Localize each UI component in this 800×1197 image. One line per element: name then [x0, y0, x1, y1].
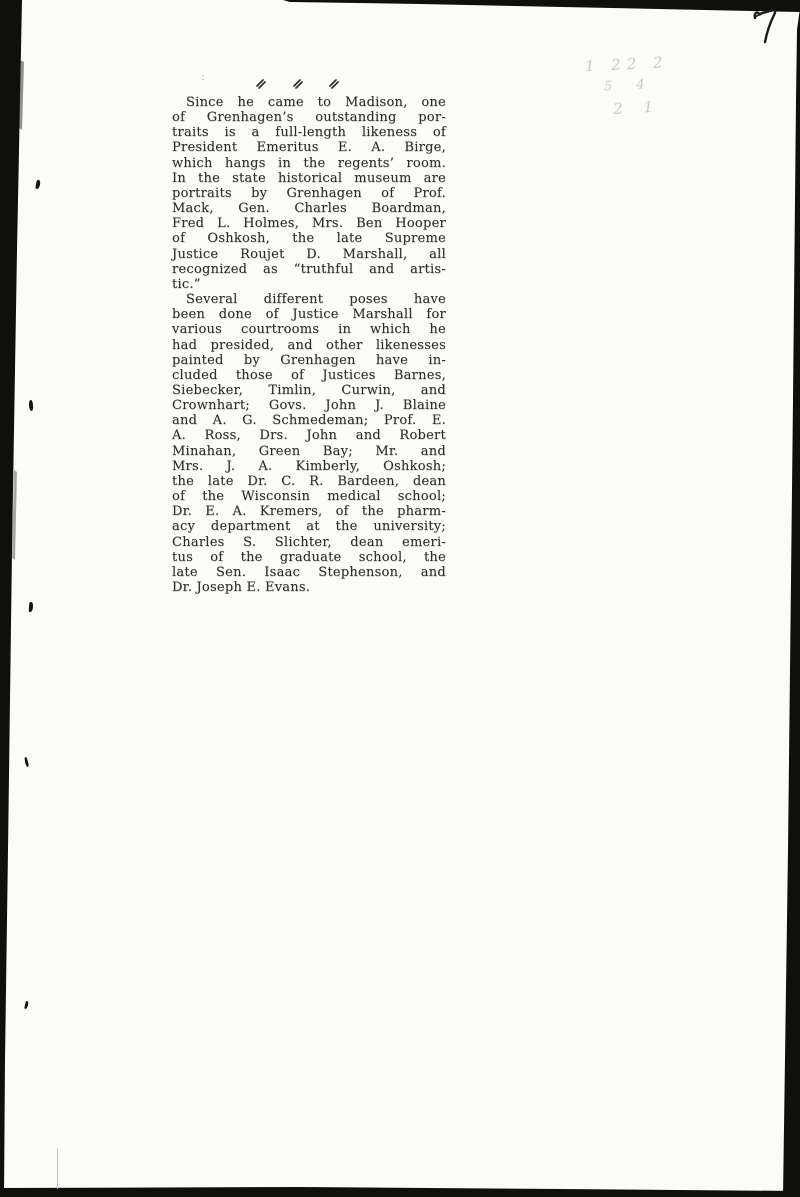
- article-line: tus of the graduate school, the: [172, 550, 446, 565]
- margin-ink-mark: [29, 602, 34, 612]
- article-line: the late Dr. C. R. Bardeen, dean: [172, 474, 446, 489]
- oblique-stroke-icon: [329, 79, 340, 90]
- article-line: recognized as “truthful and artis-: [172, 262, 446, 277]
- article-line: had presided, and other likenesses: [172, 338, 446, 353]
- margin-ink-mark: [24, 757, 30, 767]
- faint-ink-artifact: :: [201, 70, 205, 83]
- article-line: Several different poses have: [172, 292, 446, 307]
- handwritten-page-number: [748, 2, 782, 46]
- article-line: Dr. E. A. Kremers, of the pharm-: [172, 504, 446, 519]
- article-line: painted by Grenhagen have in-: [172, 353, 446, 368]
- margin-ink-mark: [35, 180, 41, 190]
- article-line: of the Wisconsin medical school;: [172, 489, 446, 504]
- oblique-stroke-icon: [293, 79, 304, 90]
- article-line: Since he came to Madison, one: [172, 95, 446, 110]
- oblique-stroke-icon: [256, 79, 267, 90]
- scanned-document-page: 1 22 2 5 4 2 1 : Since he came to Madiso…: [0, 0, 800, 1197]
- article-line: Mrs. J. A. Kimberly, Oshkosh;: [172, 459, 446, 474]
- article-line: Siebecker, Timlin, Curwin, and: [172, 383, 446, 398]
- article-line: which hangs in the regents’ room.: [172, 156, 446, 171]
- article-line: been done of Justice Marshall for: [172, 307, 446, 322]
- article-line: A. Ross, Drs. John and Robert: [172, 428, 446, 443]
- margin-ink-mark: [24, 1001, 29, 1009]
- margin-ink-mark: [28, 400, 33, 411]
- article-line: cluded those of Justices Barnes,: [172, 368, 446, 383]
- article-line: Dr. Joseph E. Evans.: [172, 580, 446, 595]
- article-line: of Grenhagen’s outstanding por-: [172, 110, 446, 125]
- article-line: acy department at the university;: [172, 519, 446, 534]
- pencil-annotation: 1 22 2 5 4 2 1: [584, 49, 717, 122]
- article-line: Fred L. Holmes, Mrs. Ben Hooper: [172, 216, 446, 231]
- article-line: Mack, Gen. Charles Boardman,: [172, 201, 446, 216]
- article-line: traits is a full-length likeness of: [172, 125, 446, 140]
- article-line: Minahan, Green Bay; Mr. and: [172, 444, 446, 459]
- article-line: portraits by Grenhagen of Prof.: [172, 186, 446, 201]
- article-line: various courtrooms in which he: [172, 322, 446, 337]
- article-line: President Emeritus E. A. Birge,: [172, 140, 446, 155]
- article-line: tic.”: [172, 277, 446, 292]
- article-line: Justice Roujet D. Marshall, all: [172, 247, 446, 262]
- article-line: Crownhart; Govs. John J. Blaine: [172, 398, 446, 413]
- scan-crease-line: [57, 1148, 58, 1189]
- article-line: In the state historical museum are: [172, 171, 446, 186]
- article-line: of Oshkosh, the late Supreme: [172, 231, 446, 246]
- article-column: Since he came to Madison, one of Grenhag…: [172, 95, 446, 595]
- article-line: Charles S. Slichter, dean emeri-: [172, 535, 446, 550]
- article-line: and A. G. Schmedeman; Prof. E.: [172, 413, 446, 428]
- article-line: late Sen. Isaac Stephenson, and: [172, 565, 446, 580]
- section-divider-ornament: [256, 78, 340, 90]
